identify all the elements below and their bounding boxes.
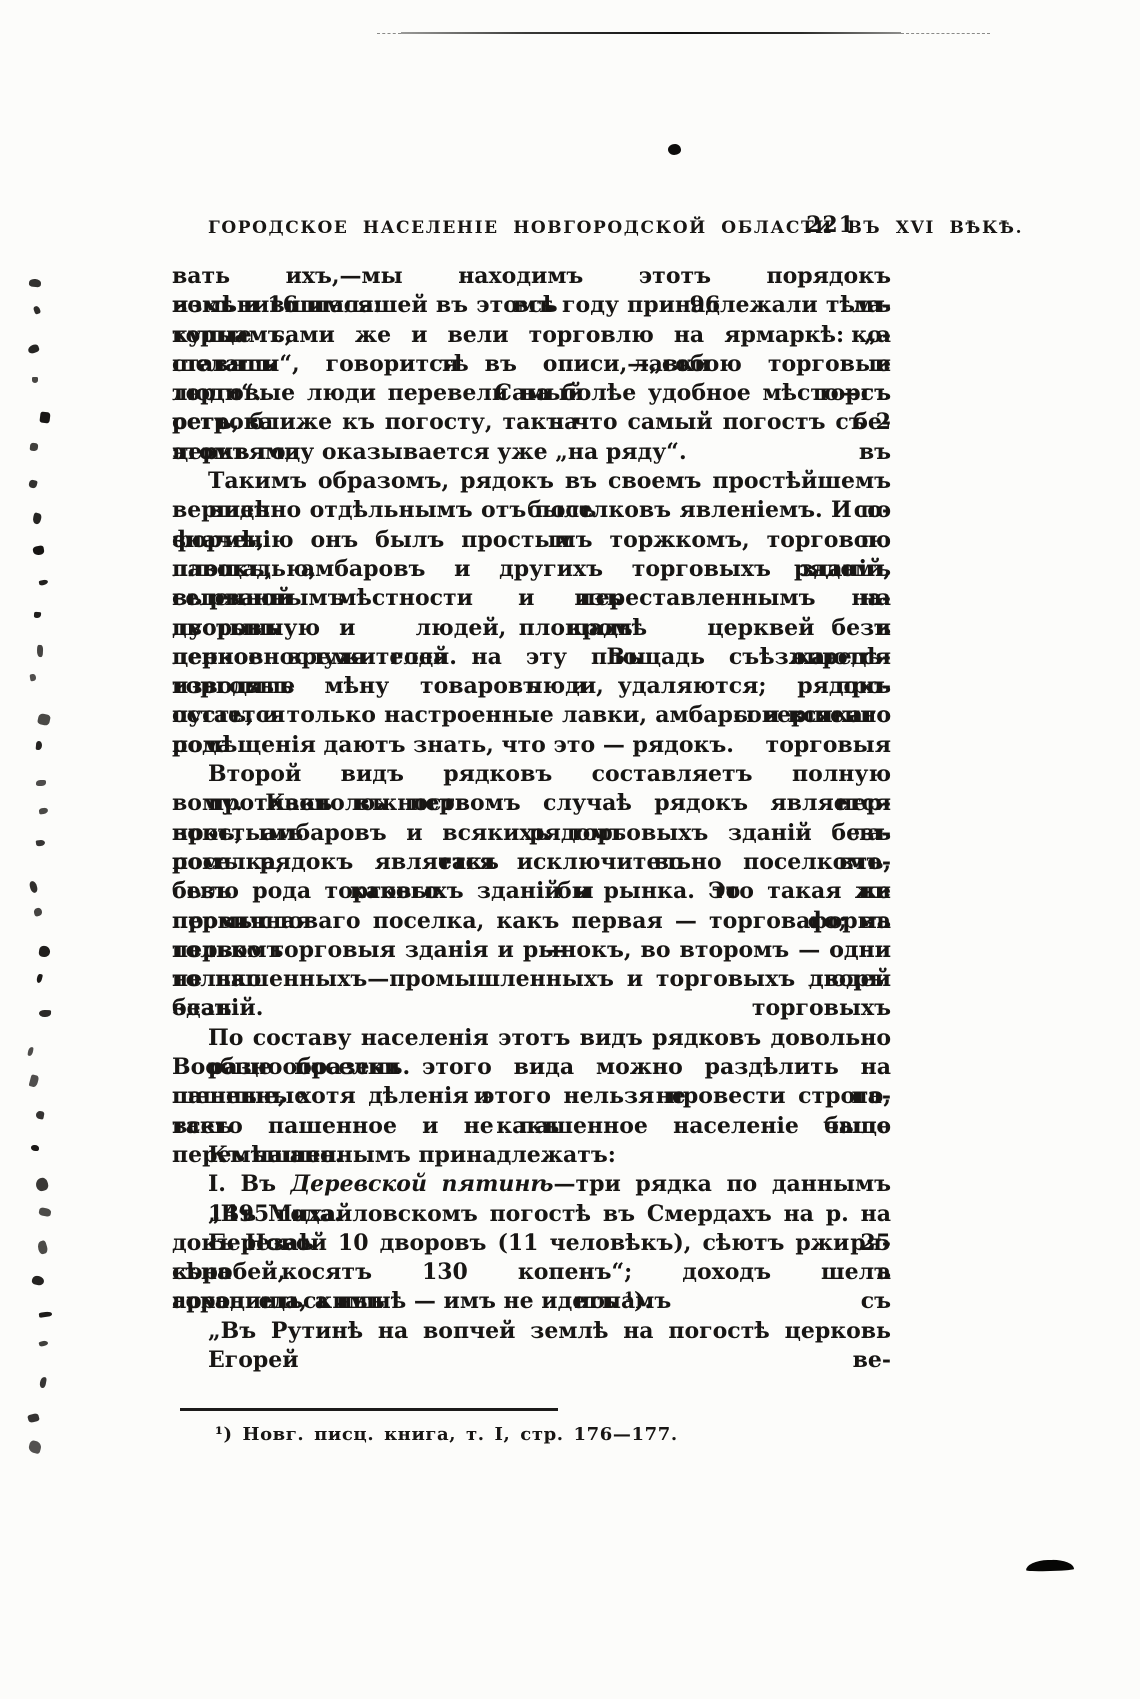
margin-ink-artifact: [28, 1047, 35, 1057]
text-line: I. Въ Деревской пятинѣ—три рядка по данн…: [172, 1170, 891, 1199]
text-line: промысловаго поселка, какъ первая — торг…: [172, 907, 891, 936]
italic-text-segment: Деревской пятинѣ: [291, 1171, 554, 1197]
text-line: Второй видъ рядковъ составляетъ полную п…: [172, 760, 891, 789]
text-line: вокъ, амбаровъ и всякихъ торговыхъ здані…: [172, 819, 891, 848]
text-line: вому. Какъ въ первомъ случаѣ рядокъ явля…: [172, 789, 891, 818]
text-line: было рода торговыхъ зданій и рынка. Это …: [172, 877, 891, 906]
margin-ink-artifact: [35, 1176, 50, 1192]
text-line: вать ихъ,—мы находимъ этотъ порядокъ изм…: [172, 262, 891, 291]
page-number: 221: [806, 212, 855, 238]
text-line: сѣна косятъ 130 копенъ“; доходъ шелъ арх…: [172, 1258, 891, 1287]
margin-ink-artifact: [36, 780, 45, 786]
top-scan-rule-left-dashes: [377, 33, 401, 34]
margin-ink-artifact: [39, 1010, 51, 1018]
text-line: вокъ и 16 шалашей въ этомъ году принадле…: [172, 291, 891, 320]
top-scan-rule-right-dashes: [901, 33, 990, 34]
text-line: не пашенныхъ—промышленныхъ и торговыхъ л…: [172, 965, 891, 994]
margin-ink-artifact: [32, 512, 42, 525]
text-line: пустъ, и только настроенные лавки, амбар…: [172, 701, 891, 730]
text-line: лавокъ, амбаровъ и другихъ торговыхъ зда…: [172, 555, 891, 584]
page-header: ГОРОДСКОЕ НАСЕЛЕНІЕ НОВГОРОДСКОЙ ОБЛАСТИ…: [172, 212, 891, 246]
margin-ink-artifact: [28, 1075, 39, 1088]
text-line: Вообще поселки этого вида можно раздѣлит…: [172, 1053, 891, 1082]
text-line: „Въ Рутинѣ на вопчей землѣ на погостѣ це…: [172, 1317, 891, 1346]
text-line: значенію онъ былъ простымъ торжкомъ, тор…: [172, 526, 891, 555]
footnote-text: ¹) Новг. писц. книга, т. I, стр. 176—177…: [215, 1424, 895, 1445]
margin-ink-artifact: [38, 807, 48, 814]
margin-ink-artifact: [31, 1275, 44, 1287]
top-scan-rule: [401, 32, 901, 34]
ink-dot-artifact: [668, 144, 681, 155]
text-line: регъ, ближе къ погосту, такъ что самый п…: [172, 408, 891, 437]
margin-ink-artifact: [28, 278, 41, 287]
text-line: Такимъ образомъ, рядокъ въ своемъ простѣ…: [172, 467, 891, 496]
text-line: вершенно отдѣльнымъ отъ поселковъ явлені…: [172, 496, 891, 525]
running-title: ГОРОДСКОЕ НАСЕЛЕНІЕ НОВГОРОДСКОЙ ОБЛАСТИ…: [208, 218, 1023, 238]
margin-ink-artifact: [38, 579, 48, 586]
margin-ink-artifact: [38, 1207, 51, 1217]
margin-ink-artifact: [36, 1111, 45, 1121]
margin-ink-artifact: [32, 545, 44, 556]
margin-ink-artifact: [39, 1312, 53, 1319]
text-line: „Въ Михайловскомъ погостѣ въ Смердахъ на…: [172, 1200, 891, 1229]
text-line: торговые люди перевели на болѣе удобное …: [172, 379, 891, 408]
margin-ink-artifact: [36, 644, 42, 656]
margin-artifacts-column: [0, 0, 60, 1699]
footnote-rule: [180, 1408, 558, 1411]
margin-ink-artifact: [31, 1145, 39, 1151]
scanned-book-page: ГОРОДСКОЕ НАСЕЛЕНІЕ НОВГОРОДСКОЙ ОБЛАСТИ…: [0, 0, 1140, 1699]
margin-ink-artifact: [39, 411, 50, 423]
margin-ink-artifact: [37, 1240, 49, 1255]
margin-ink-artifact: [28, 479, 37, 488]
text-line: только торговыя зданія и рынокъ, во втор…: [172, 936, 891, 965]
margin-ink-artifact: [29, 880, 38, 893]
margin-ink-artifact: [38, 945, 51, 958]
body-text: вать ихъ,—мы находимъ этотъ порядокъ изм…: [172, 262, 891, 1346]
text-line: дворовъ и людей, кромѣ церквей и церковн…: [172, 614, 891, 643]
margin-ink-artifact: [35, 740, 42, 749]
text-line: По составу населенія этотъ видъ рядковъ …: [172, 1024, 891, 1053]
margin-ink-artifact: [34, 612, 42, 618]
margin-ink-artifact: [36, 974, 43, 984]
text-line: Къ пашеннымъ принадлежатъ:: [172, 1141, 891, 1170]
margin-ink-artifact: [29, 674, 36, 682]
text-line: всего пашенное и не пашенное населеніе б…: [172, 1112, 891, 1141]
margin-ink-artifact: [38, 1340, 48, 1347]
margin-ink-artifact: [32, 377, 38, 382]
margin-ink-artifact: [39, 1377, 47, 1389]
text-line: шенные, хотя дѣленія этого нельзя провес…: [172, 1082, 891, 1111]
margin-ink-artifact: [37, 713, 51, 726]
text-line: шелаши“, говорится въ описи,—„собою торг…: [172, 350, 891, 379]
margin-ink-artifact: [30, 443, 39, 451]
text-line: изводятъ мѣну товаровъ и удаляются; рядо…: [172, 672, 891, 701]
margin-ink-artifact: [32, 305, 40, 315]
text-line: торые сами же и вели торговлю на ярмаркѣ…: [172, 321, 891, 350]
margin-ink-artifact: [27, 1412, 40, 1423]
text-line: докъ Новой 10 дворовъ (11 человѣкъ), сѣю…: [172, 1229, 891, 1258]
margin-ink-artifact: [27, 344, 40, 355]
bottom-ink-smudge: [1026, 1559, 1074, 1571]
margin-ink-artifact: [27, 1440, 42, 1455]
margin-ink-artifact: [33, 907, 43, 917]
text-line: ромъ рядокъ является исключительно посел…: [172, 848, 891, 877]
text-line: селенной мѣстности и переставленнымъ на …: [172, 584, 891, 613]
text-line: ленное время года на эту площадь съѣзжаю…: [172, 643, 891, 672]
text-segment: I. Въ: [208, 1171, 291, 1197]
margin-ink-artifact: [36, 840, 46, 847]
